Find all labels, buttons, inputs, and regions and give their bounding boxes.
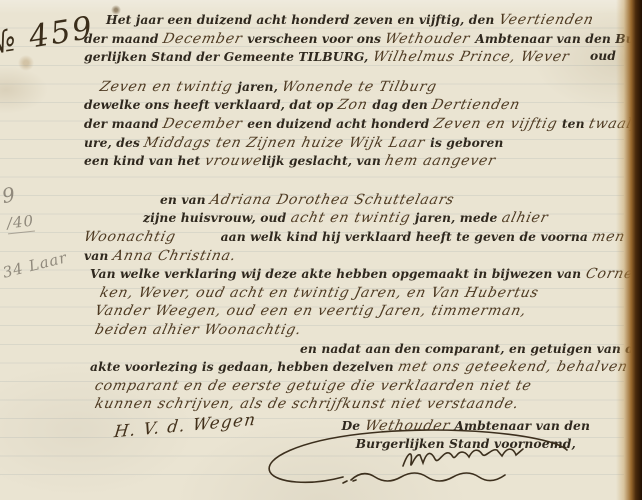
printed-text: is geboren — [430, 135, 503, 150]
handwritten-text: Wethouder — [383, 30, 472, 49]
printed-text: der maand — [84, 116, 163, 131]
handwritten-text: alhier — [500, 209, 550, 228]
document-line: Woonachtig aan welk kind hij verklaard h… — [84, 227, 624, 246]
record-number: № 459 — [0, 10, 97, 63]
margin-pencil-note: /40 — [6, 212, 35, 235]
document-line: Vander Weegen, oud een en veertig Jaren,… — [84, 301, 624, 320]
document-line: ken, Wever, oud acht en twintig Jaren, e… — [84, 283, 624, 302]
document-line: en van Adriana Dorothea Schuttelaars — [84, 190, 624, 209]
document-line: kunnen schrijven, als de schrijfkunst ni… — [84, 394, 624, 413]
witness-signature: H. V. d. Wegen — [113, 410, 258, 442]
document-line: gerlijken Stand der Gemeente TILBURG, Wi… — [84, 47, 624, 66]
handwritten-text: Wilhelmus Prince, Wever — [371, 48, 572, 67]
handwritten-text: Adriana Dorothea Schuttelaars — [208, 191, 456, 210]
handwritten-text: ken, Wever, oud acht en twintig Jaren, e… — [98, 284, 541, 303]
printed-text: ten — [562, 116, 589, 131]
handwritten-text: Zeven en twintig — [98, 78, 235, 97]
book-binding-edge — [616, 0, 642, 500]
document-line: ure, des Middags ten Zijnen huize Wijk L… — [84, 133, 624, 152]
printed-text: een kind van het — [84, 153, 205, 168]
document-lines: Het jaar een duizend acht honderd zeven … — [84, 10, 624, 413]
handwritten-text: Middags ten Zijnen huize Wijk Laar — [142, 134, 427, 153]
printed-text: gerlijken Stand der Gemeente TILBURG, — [84, 49, 373, 64]
document-line: van Anna Christina. — [84, 246, 624, 265]
document-line: der maand December verscheen voor ons We… — [84, 29, 624, 48]
printed-text: van — [84, 248, 113, 263]
printed-text: Van welke verklaring wij deze akte hebbe… — [90, 266, 586, 281]
printed-text: der maand — [84, 31, 163, 46]
margin-pencil-note: 34 Laar — [1, 248, 69, 281]
handwritten-text: hem aangever — [383, 152, 498, 171]
handwritten-text: vrouwe — [202, 152, 263, 171]
handwritten-text: Dertienden — [430, 96, 522, 115]
handwritten-text: Veertienden — [497, 11, 596, 30]
printed-text: jaren, — [237, 79, 282, 94]
document-line: Zeven en twintig jaren, Wonende te Tilbu… — [84, 77, 624, 96]
printed-text: aan welk kind hij verklaard heeft te gev… — [221, 229, 593, 244]
printed-text: dag den — [372, 97, 432, 112]
handwritten-text: December — [161, 115, 245, 134]
printed-text: en nadat aan den comparant, en getuigen … — [300, 341, 642, 356]
handwritten-text: acht en twintig — [289, 209, 412, 228]
document-line: en nadat aan den comparant, en getuigen … — [84, 339, 624, 358]
handwritten-text: Anna Christina. — [111, 247, 238, 266]
printed-text: dewelke ons heeft verklaard, dat op — [84, 97, 338, 112]
printed-text: een duizend acht honderd — [247, 116, 433, 131]
handwritten-text: beiden alhier Woonachtig. — [93, 321, 304, 340]
printed-text: en van — [160, 192, 210, 207]
document-line: comparant en de eerste getuige die verkl… — [84, 376, 624, 395]
handwritten-text: Wonende te Tilburg — [280, 78, 439, 97]
handwritten-text: Zon — [336, 96, 370, 115]
handwritten-text: Woonachtig — [82, 228, 178, 247]
handwritten-text: Zeven en vijftig — [432, 115, 559, 134]
document-line: der maand December een duizend acht hond… — [84, 114, 624, 133]
handwritten-text: Vander Weegen, oud een en veertig Jaren,… — [93, 302, 529, 321]
printed-text: verscheen voor ons — [247, 31, 385, 46]
printed-text: akte voorlezing is gedaan, hebben dezelv… — [90, 359, 398, 374]
document-line: beiden alhier Woonachtig. — [84, 320, 624, 339]
printed-text: lijk geslacht, van — [262, 153, 385, 168]
document-line: Het jaar een duizend acht honderd zeven … — [84, 10, 624, 29]
document-line: akte voorlezing is gedaan, hebben dezelv… — [84, 357, 624, 376]
handwritten-text: December — [161, 30, 245, 49]
printed-text: jaren, mede — [415, 210, 502, 225]
document-body: Het jaar een duizend acht honderd zeven … — [84, 10, 624, 452]
printed-text: zijne huisvrouw, oud — [143, 210, 291, 225]
civil-record-page: № 459 9 /40 34 Laar Het jaar een duizend… — [0, 0, 642, 500]
document-line: Van welke verklaring wij deze akte hebbe… — [84, 264, 624, 283]
document-line: zijne huisvrouw, oud acht en twintig jar… — [84, 208, 624, 227]
document-line: een kind van het vrouwelijk geslacht, va… — [84, 151, 624, 170]
printed-text: Het jaar een duizend acht honderd zeven … — [106, 12, 499, 27]
official-signature-flourish — [255, 426, 590, 496]
printed-text: ure, des — [84, 135, 144, 150]
document-line: dewelke ons heeft verklaard, dat op Zon … — [84, 95, 624, 114]
margin-pencil-note: 9 — [0, 182, 18, 208]
handwritten-text: comparant en de eerste getuige die verkl… — [93, 377, 534, 396]
handwritten-text: met ons geteekend, behalven den — [396, 358, 642, 377]
handwritten-text: kunnen schrijven, als de schrijfkunst ni… — [93, 395, 521, 414]
printed-text: oud — [590, 47, 616, 66]
